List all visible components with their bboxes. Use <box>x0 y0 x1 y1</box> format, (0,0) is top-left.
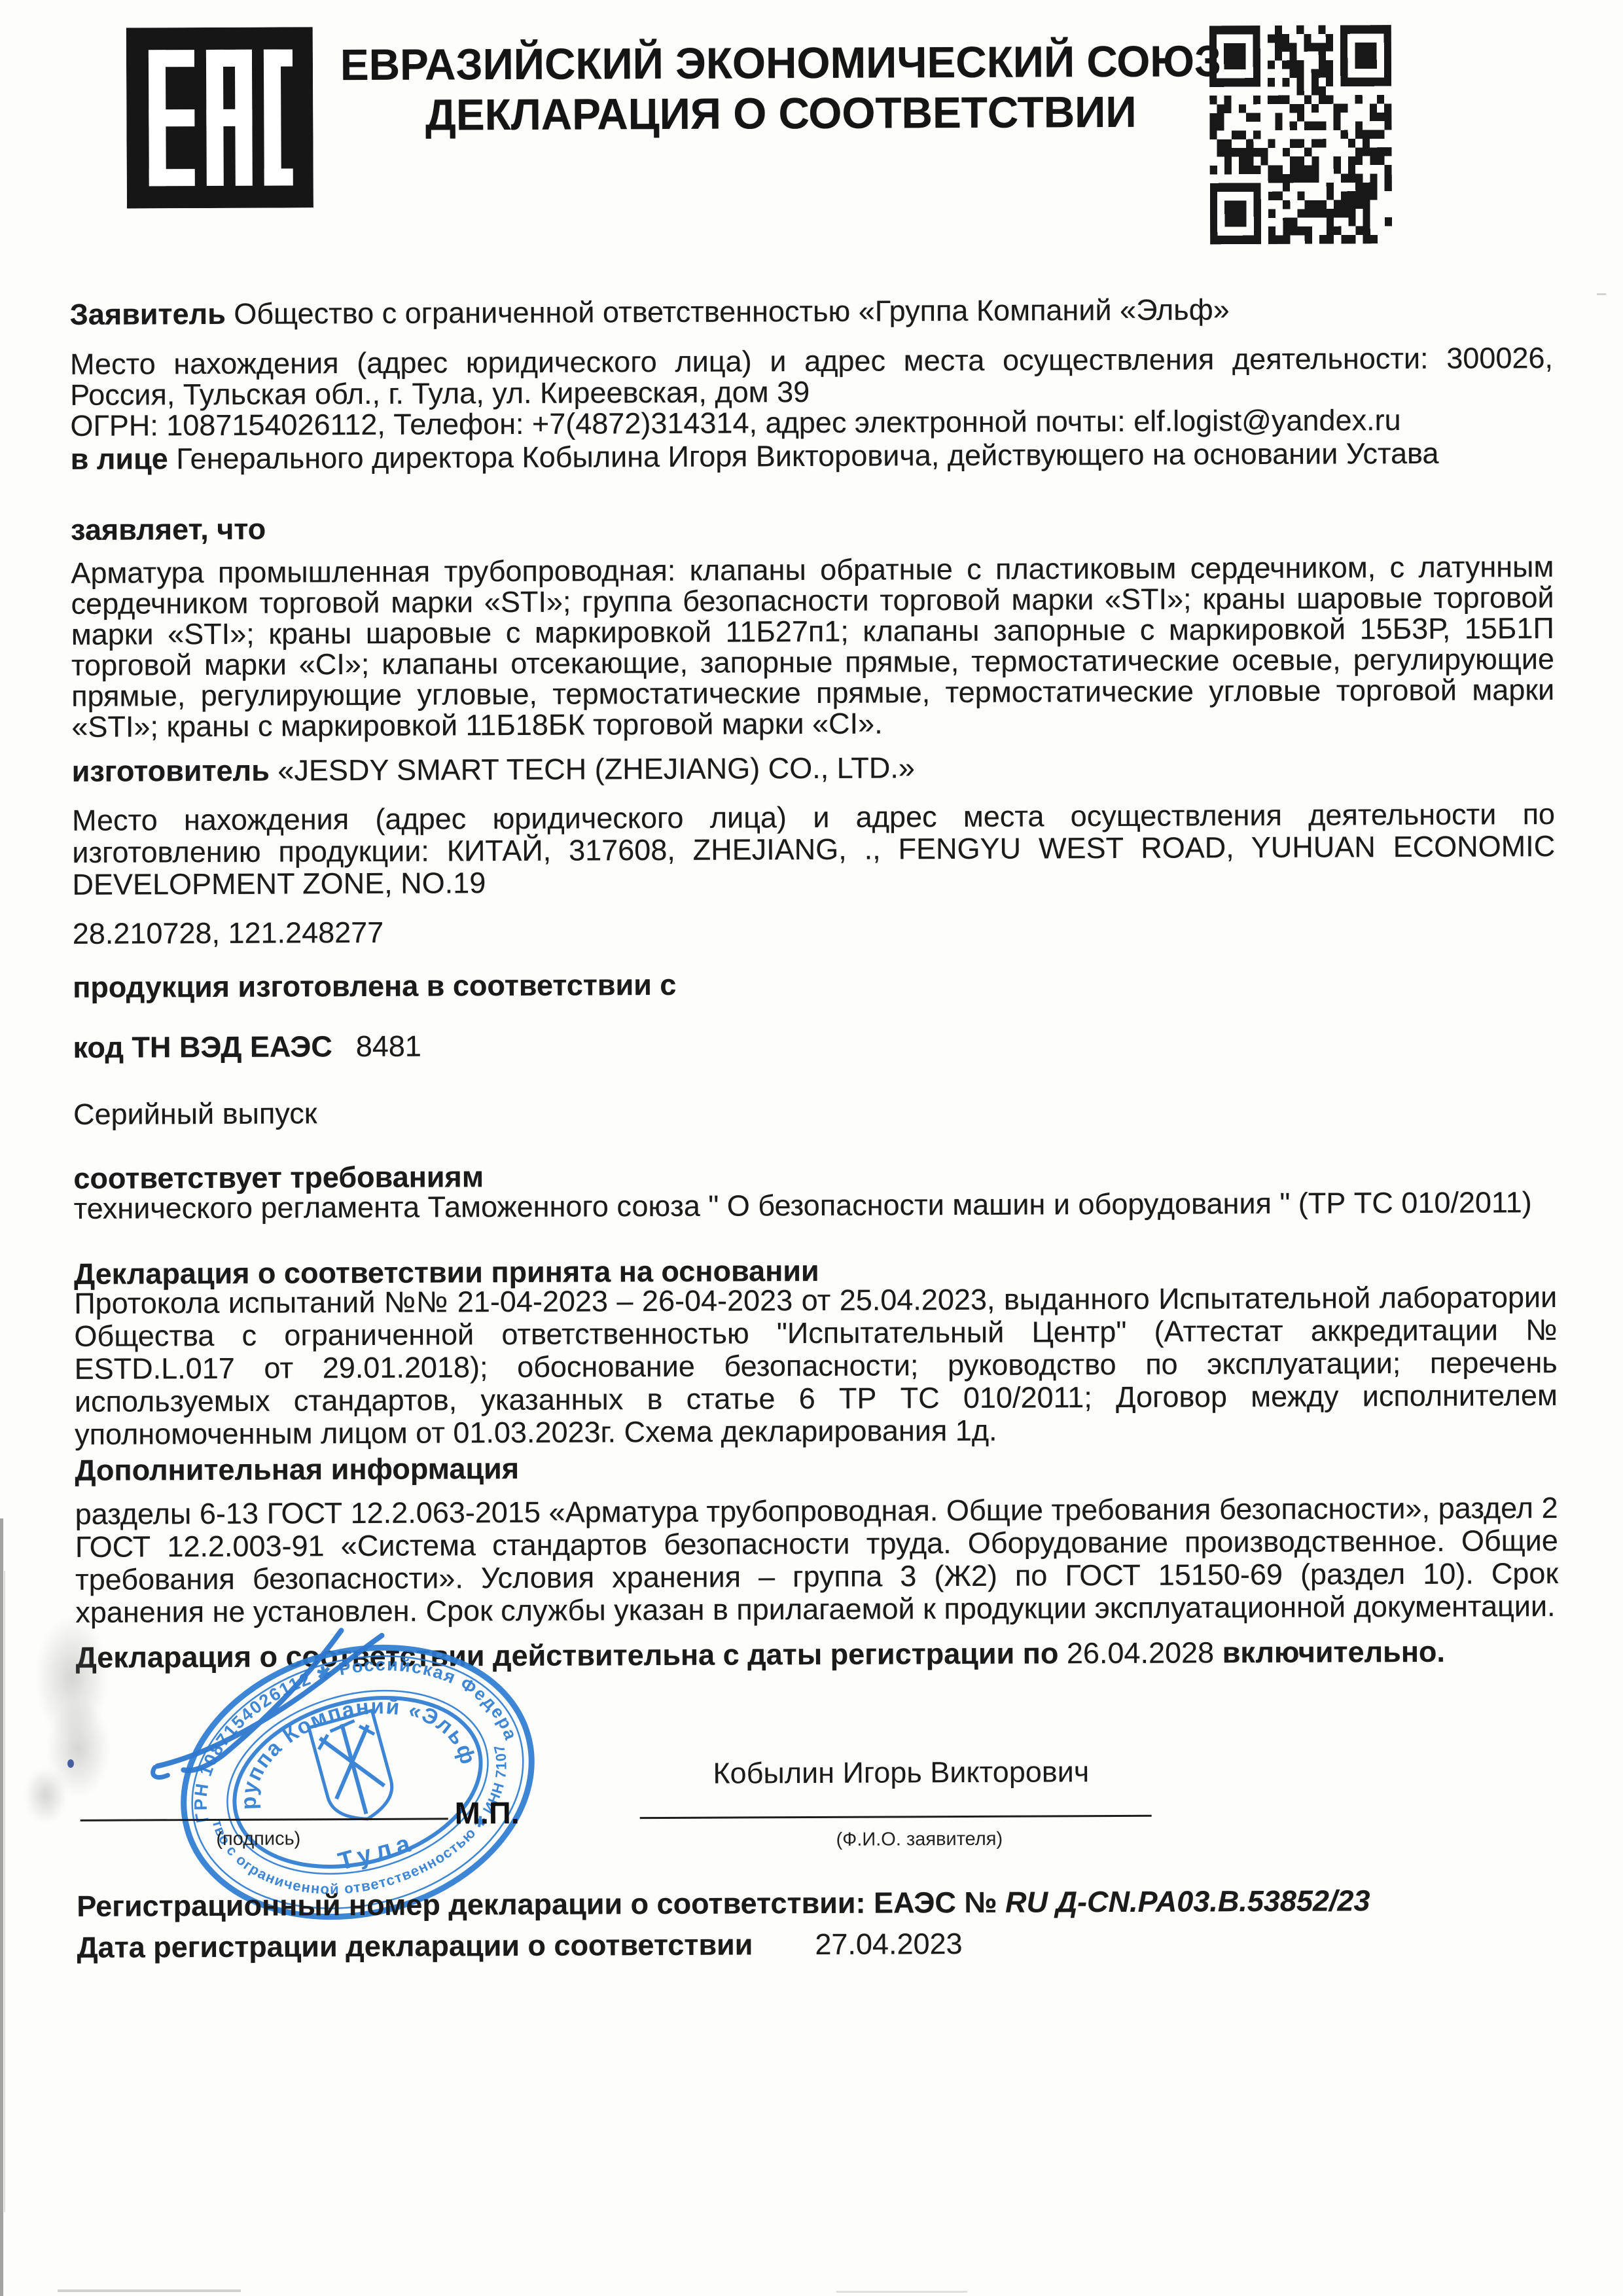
basis-text: Протокола испытаний №№ 21-04-2023 – 26-0… <box>74 1281 1558 1451</box>
fio-line <box>640 1815 1152 1819</box>
registration-number-value: RU Д-CN.РА03.В.53852/23 <box>1005 1884 1370 1918</box>
registration-date-line: Дата регистрации декларации о соответств… <box>77 1926 1560 1963</box>
validity-date: 26.04.2028 <box>1067 1636 1214 1670</box>
manufacturer-line: изготовитель «JESDY SMART TECH (ZHEJIANG… <box>72 749 1555 787</box>
additional-info-heading: Дополнительная информация <box>75 1448 1558 1486</box>
title-line-2: ДЕКЛАРАЦИЯ О СООТВЕТСТВИИ <box>319 86 1243 141</box>
fio-caption: (Ф.И.О. заявителя) <box>776 1828 1063 1851</box>
made-in-accordance-heading: продукция изготовлена в соответствии с <box>73 965 1556 1003</box>
validity-suffix: включительно. <box>1222 1635 1446 1669</box>
scan-speck-artifact <box>1597 293 1606 295</box>
tn-ved-line: код ТН ВЭД ЕАЭС8481 <box>73 1026 1556 1063</box>
scan-edge-artifact <box>4 1571 5 2212</box>
applicant-label: Заявитель <box>70 297 226 331</box>
additional-info-text: разделы 6-13 ГОСТ 12.2.063-2015 «Арматур… <box>75 1492 1559 1629</box>
ink-dot-artifact <box>67 1759 74 1768</box>
qr-code <box>1209 25 1392 244</box>
mp-label: М.П. <box>455 1795 520 1831</box>
registration-date-value: 27.04.2023 <box>815 1927 962 1961</box>
document-title: ЕВРАЗИЙСКИЙ ЭКОНОМИЧЕСКИЙ СОЮЗ ДЕКЛАРАЦИ… <box>319 36 1243 141</box>
declaration-document: ЕВРАЗИЙСКИЙ ЭКОНОМИЧЕСКИЙ СОЮЗ ДЕКЛАРАЦИ… <box>0 0 1623 2296</box>
applicant-fio: Кобылин Игорь Викторович <box>713 1755 1089 1791</box>
title-line-1: ЕВРАЗИЙСКИЙ ЭКОНОМИЧЕСКИЙ СОЮЗ <box>319 36 1243 90</box>
scan-smudge <box>25 1767 67 1823</box>
applicant-address: Место нахождения (адрес юридического лиц… <box>70 342 1553 410</box>
compliance-text: технического регламента Таможенного союз… <box>74 1187 1557 1224</box>
in-face-text: Генерального директора Кобылина Игоря Ви… <box>176 437 1438 475</box>
registration-date-label: Дата регистрации декларации о соответств… <box>77 1928 753 1964</box>
product-description: Арматура промышленная трубопроводная: кл… <box>71 551 1554 742</box>
applicant-representative: в лице Генерального директора Кобылина И… <box>71 437 1554 475</box>
eac-logo <box>126 27 313 208</box>
manufacturer-address: Место нахождения (адрес юридического лиц… <box>72 798 1556 901</box>
scan-bottom-artifact <box>836 2291 967 2293</box>
pen-signature <box>145 1626 394 1785</box>
tn-ved-value: 8481 <box>356 1030 421 1063</box>
pen-signature-icon <box>145 1626 394 1785</box>
release-type: Серийный выпуск <box>73 1092 1556 1130</box>
manufacturer-name: «JESDY SMART TECH (ZHEJIANG) CO., LTD.» <box>277 751 915 787</box>
in-face-label: в лице <box>71 442 168 476</box>
registration-number-label: Регистрационный номер декларации о соотв… <box>77 1886 997 1923</box>
manufacturer-label: изготовитель <box>72 754 270 788</box>
scan-edge-artifact <box>0 1518 3 2296</box>
declares-heading: заявляет, что <box>71 508 1554 545</box>
registration-number-line: Регистрационный номер декларации о соотв… <box>77 1884 1560 1922</box>
applicant-name: Общество с ограниченной ответственностью… <box>234 293 1230 331</box>
signature-caption: (подпись) <box>154 1828 363 1850</box>
tn-ved-label: код ТН ВЭД ЕАЭС <box>73 1030 332 1064</box>
manufacturer-coordinates: 28.210728, 121.248277 <box>73 912 1556 949</box>
scan-bottom-artifact <box>58 2289 241 2292</box>
applicant-line: Заявитель Общество с ограниченной ответс… <box>70 293 1553 330</box>
eac-mark-icon <box>126 27 313 208</box>
applicant-ogrn-line: ОГРН: 1087154026112, Телефон: +7(4872)31… <box>70 404 1553 441</box>
